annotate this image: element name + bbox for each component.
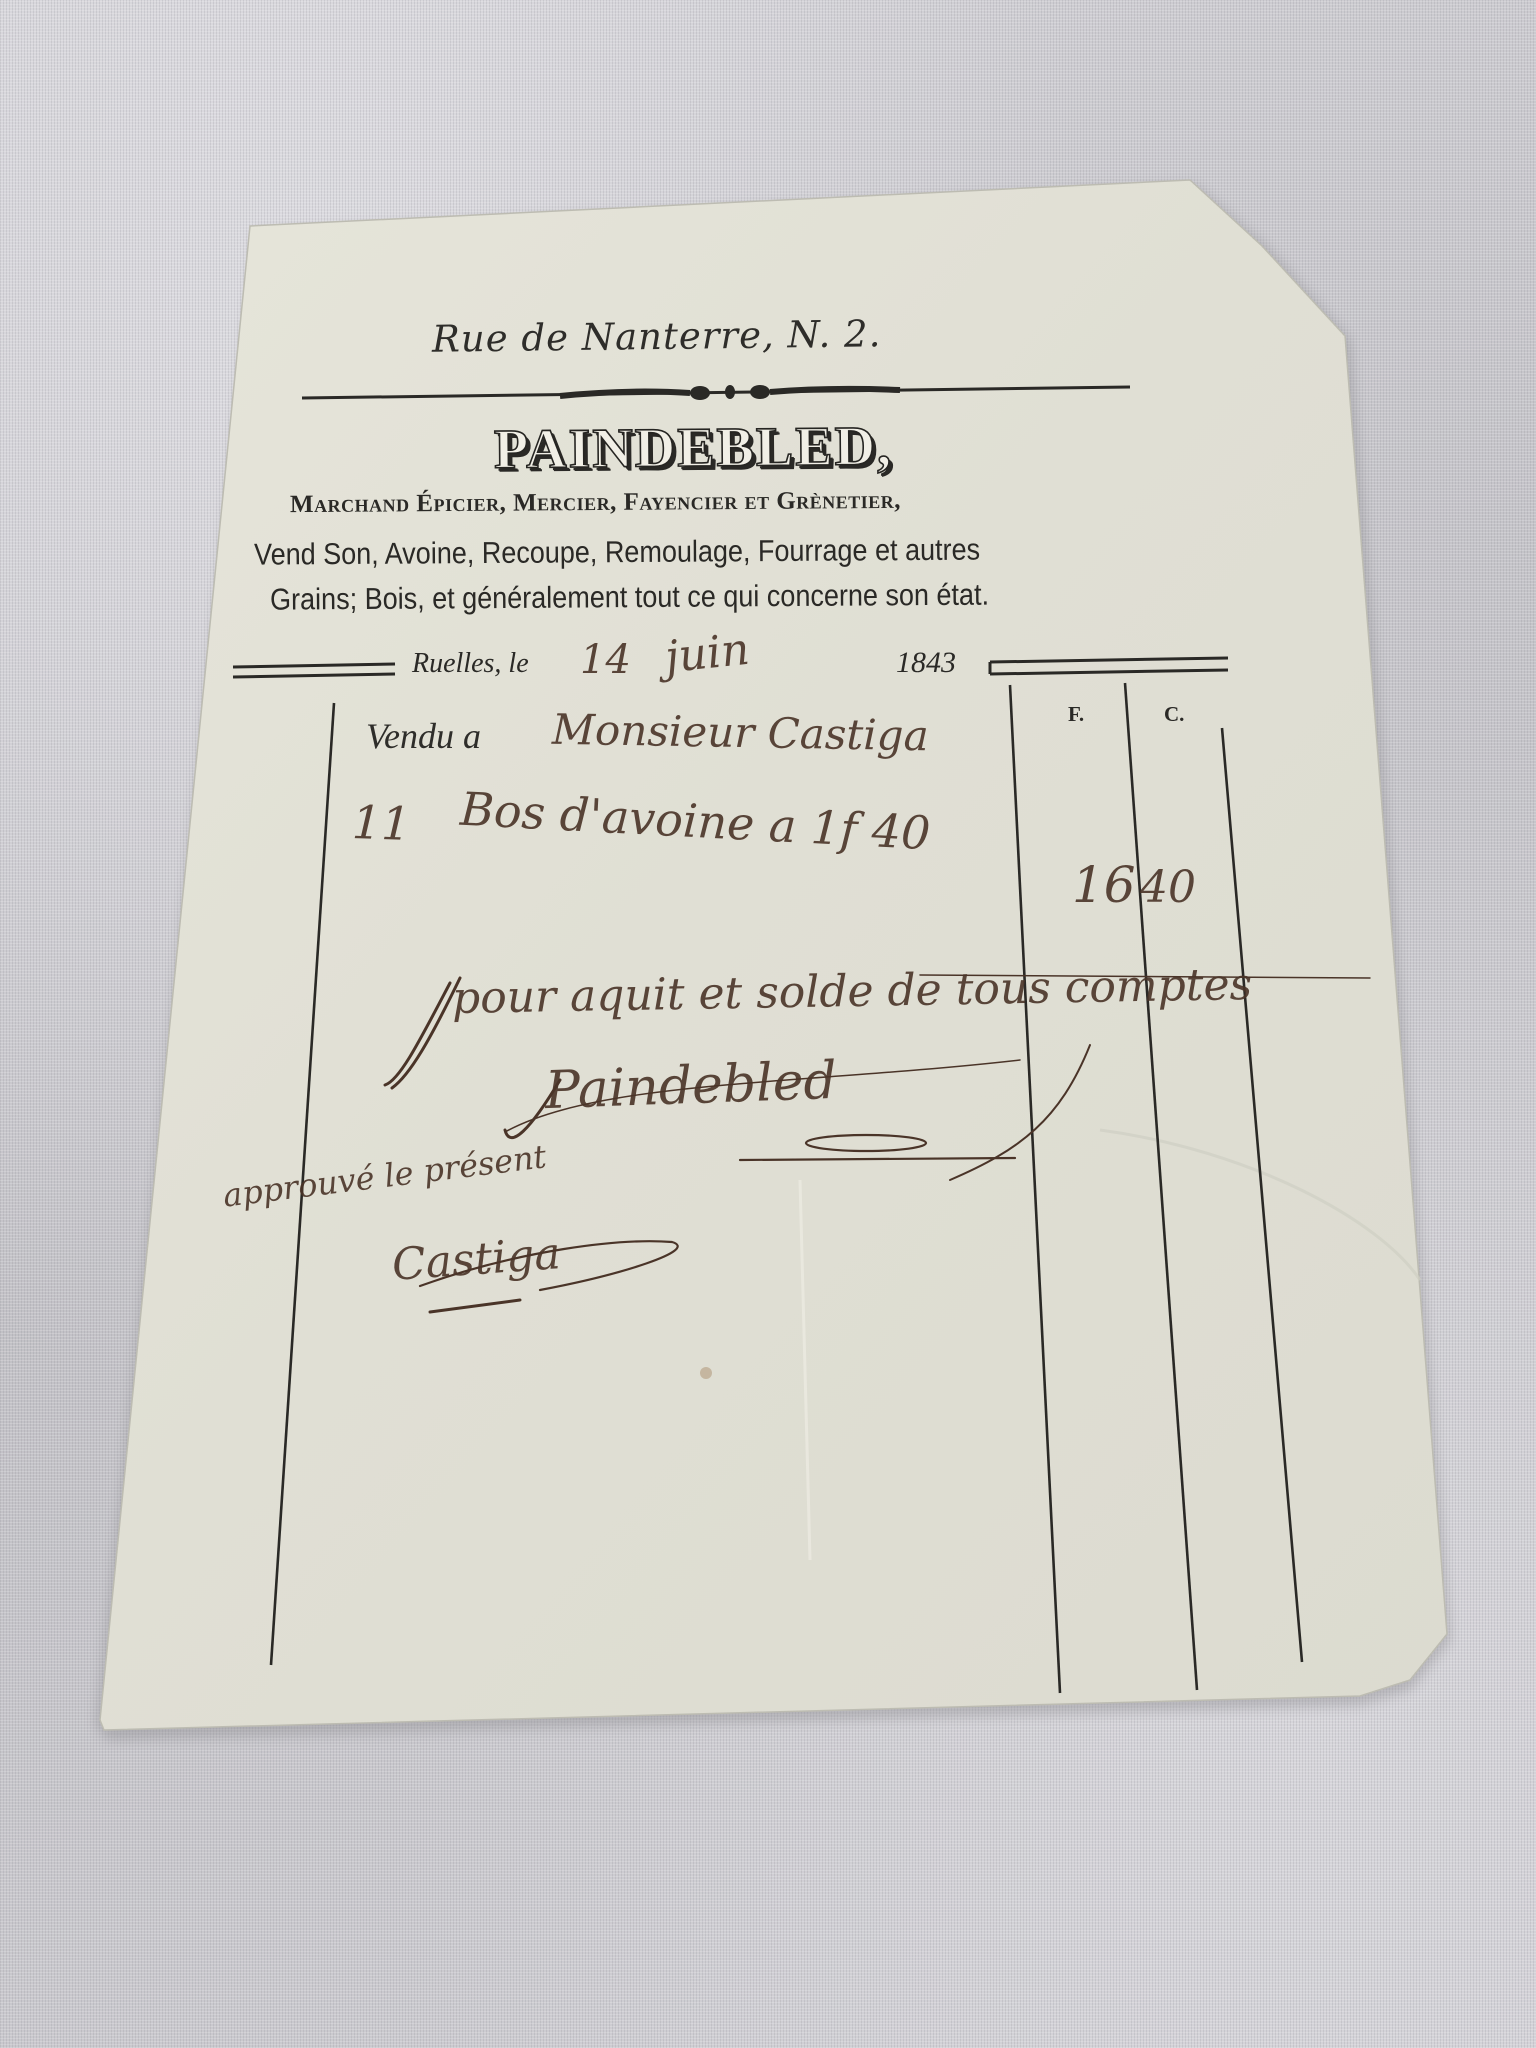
merchant-name: PAINDEBLED, (494, 418, 893, 477)
shop-address: Rue de Nanterre, N. 2. (432, 315, 882, 357)
place-label: Ruelles, le (412, 650, 529, 678)
goods-description-line-1: Vend Son, Avoine, Recoupe, Remoulage, Fo… (254, 535, 980, 570)
date-day: 14 (580, 640, 631, 680)
item-francs-amount: 16 (1072, 860, 1136, 910)
photo-scene: Rue de Nanterre, N. 2. PAINDEBLED, March… (0, 0, 1536, 2048)
customer-name-handwritten: Monsieur Castiga (552, 709, 929, 758)
francs-column-header: F. (1068, 704, 1084, 725)
paper-sheet (0, 0, 1536, 2048)
merchant-trades: Marchand Épicier, Mercier, Fayencier et … (290, 488, 901, 517)
centimes-column-header: C. (1164, 704, 1184, 725)
item-centimes-amount: 40 (1140, 866, 1196, 910)
item-quantity: 11 (351, 799, 411, 847)
date-year: 1843 (896, 648, 956, 678)
sold-to-label: Vendu a (366, 718, 481, 754)
customer-signature: Castiga (391, 1232, 562, 1288)
goods-description-line-2: Grains; Bois, et généralement tout ce qu… (270, 580, 989, 615)
merchant-signature: Paindebled (544, 1055, 837, 1117)
date-month: juin (663, 628, 752, 681)
